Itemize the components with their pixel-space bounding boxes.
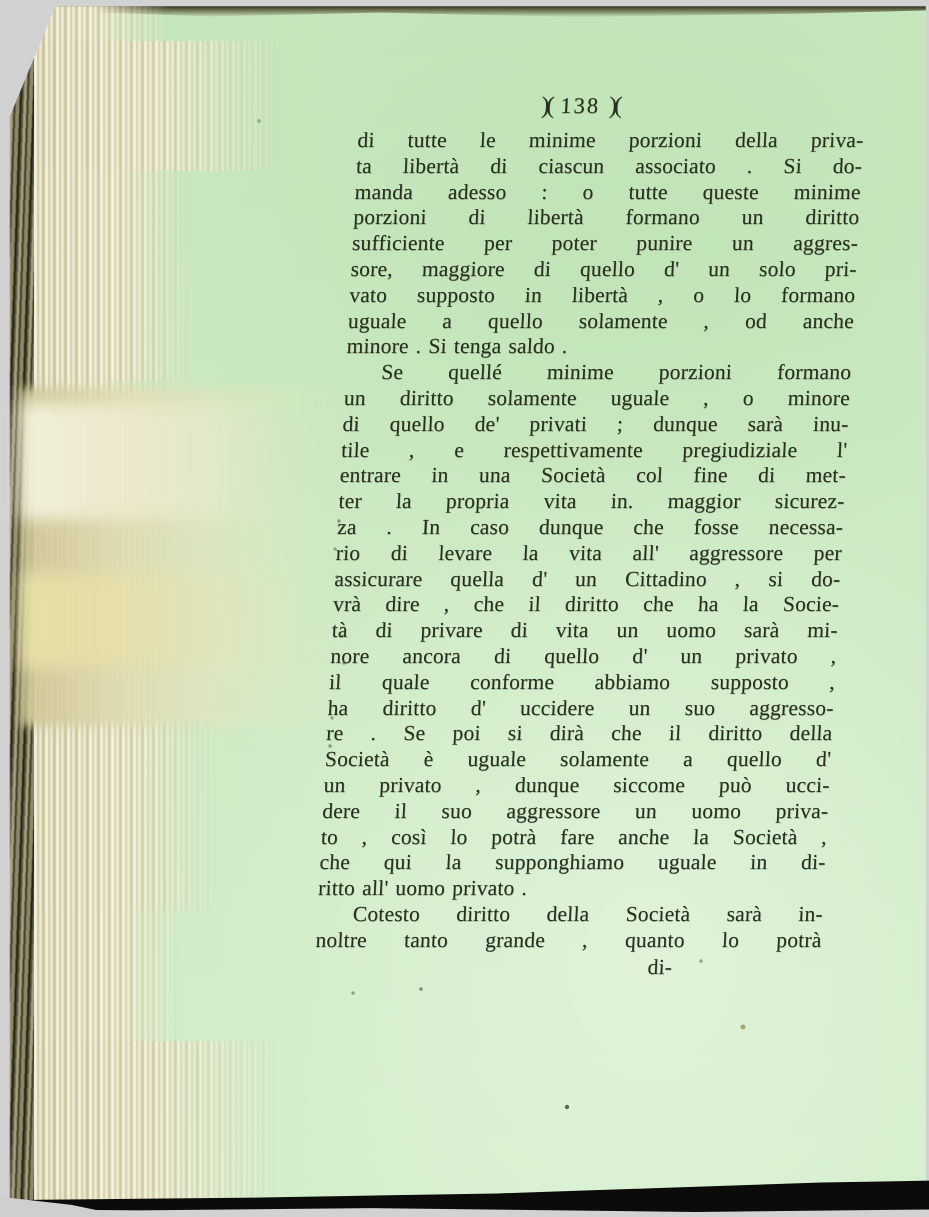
text-line: di quello de' privati ; dunque sarà inu- xyxy=(342,412,849,438)
text-line: il quale conforme abbiamo supposto , xyxy=(328,670,835,696)
page-header: )(138)( xyxy=(326,92,834,122)
text-line: ha diritto d' uccidere un suo aggresso- xyxy=(327,696,834,722)
scan-blur-band xyxy=(20,388,360,726)
text-line: sufficiente per poter punire un aggres- xyxy=(351,231,858,257)
text-line: di tutte le minime porzioni della priva- xyxy=(357,128,864,154)
text-line: noltre tanto grande , quanto lo potrà xyxy=(315,928,822,954)
header-ornament-right: )( xyxy=(608,93,619,119)
text-line: Cotesto diritto della Società sarà in- xyxy=(316,902,823,928)
text-line: re . Se poi si dirà che il diritto della xyxy=(326,721,833,747)
text-line: za . In caso dunque che fosse necessa- xyxy=(336,515,843,541)
text-line: ritto all' uomo privato . xyxy=(318,876,825,902)
text-line: rio di levare la vita all' aggressore pe… xyxy=(335,541,842,567)
text-line: ter la propria vita in. maggior sicurez- xyxy=(338,489,845,515)
page-number: 138 xyxy=(551,93,610,118)
text-line: entrare in una Società col fine di met- xyxy=(339,463,846,489)
text-line: ta libertà di ciascun associato . Si do- xyxy=(355,154,862,180)
text-line: che qui la supponghiamo uguale in di- xyxy=(319,850,826,876)
text-line: uguale a quello solamente , od anche xyxy=(347,309,854,335)
fray-tuft xyxy=(34,171,194,381)
text-line: sore, maggiore di quello d' un solo pri- xyxy=(350,257,857,283)
catchword: di- xyxy=(313,954,820,980)
text-line: to , così lo potrà fare anche la Società… xyxy=(320,825,827,851)
scanned-book-photo: { "document": { "header": { "ornament_le… xyxy=(0,0,929,1217)
text-line: Se quellé minime porzioni formano xyxy=(345,360,852,386)
printed-text-column: )(138)( di tutte le minime porzioni dell… xyxy=(313,92,866,980)
text-line: un diritto solamente uguale , o minore xyxy=(343,386,850,412)
text-line: Società è uguale solamente a quello d' xyxy=(324,747,831,773)
text-line: tile , e respettivamente pregiudiziale l… xyxy=(341,438,848,464)
text-line: vato supposto in libertà , o lo formano xyxy=(349,283,856,309)
text-line: manda adesso : o tutte queste minime xyxy=(354,180,861,206)
text-line: nore ancora di quello d' un privato , xyxy=(330,644,837,670)
scan-blur-highlight xyxy=(20,404,320,519)
scan-blur-highlight xyxy=(20,573,340,668)
text-line: tà di privare di vita un uomo sarà mi- xyxy=(331,618,838,644)
text-line: porzioni di libertà formano un diritto xyxy=(353,205,860,231)
fray-tuft xyxy=(34,721,219,911)
text-line: dere il suo aggressore un uomo priva- xyxy=(322,799,829,825)
fray-tuft xyxy=(34,41,284,171)
fray-tuft xyxy=(34,1041,284,1206)
text-line: un privato , dunque siccome può ucci- xyxy=(323,773,830,799)
text-line: vrà dire , che il diritto che ha la Soci… xyxy=(332,592,839,618)
text-line: minore . Si tenga saldo . xyxy=(346,334,853,360)
text-line: assicurare quella d' un Cittadino , si d… xyxy=(334,567,841,593)
fray-tuft xyxy=(34,911,184,1041)
